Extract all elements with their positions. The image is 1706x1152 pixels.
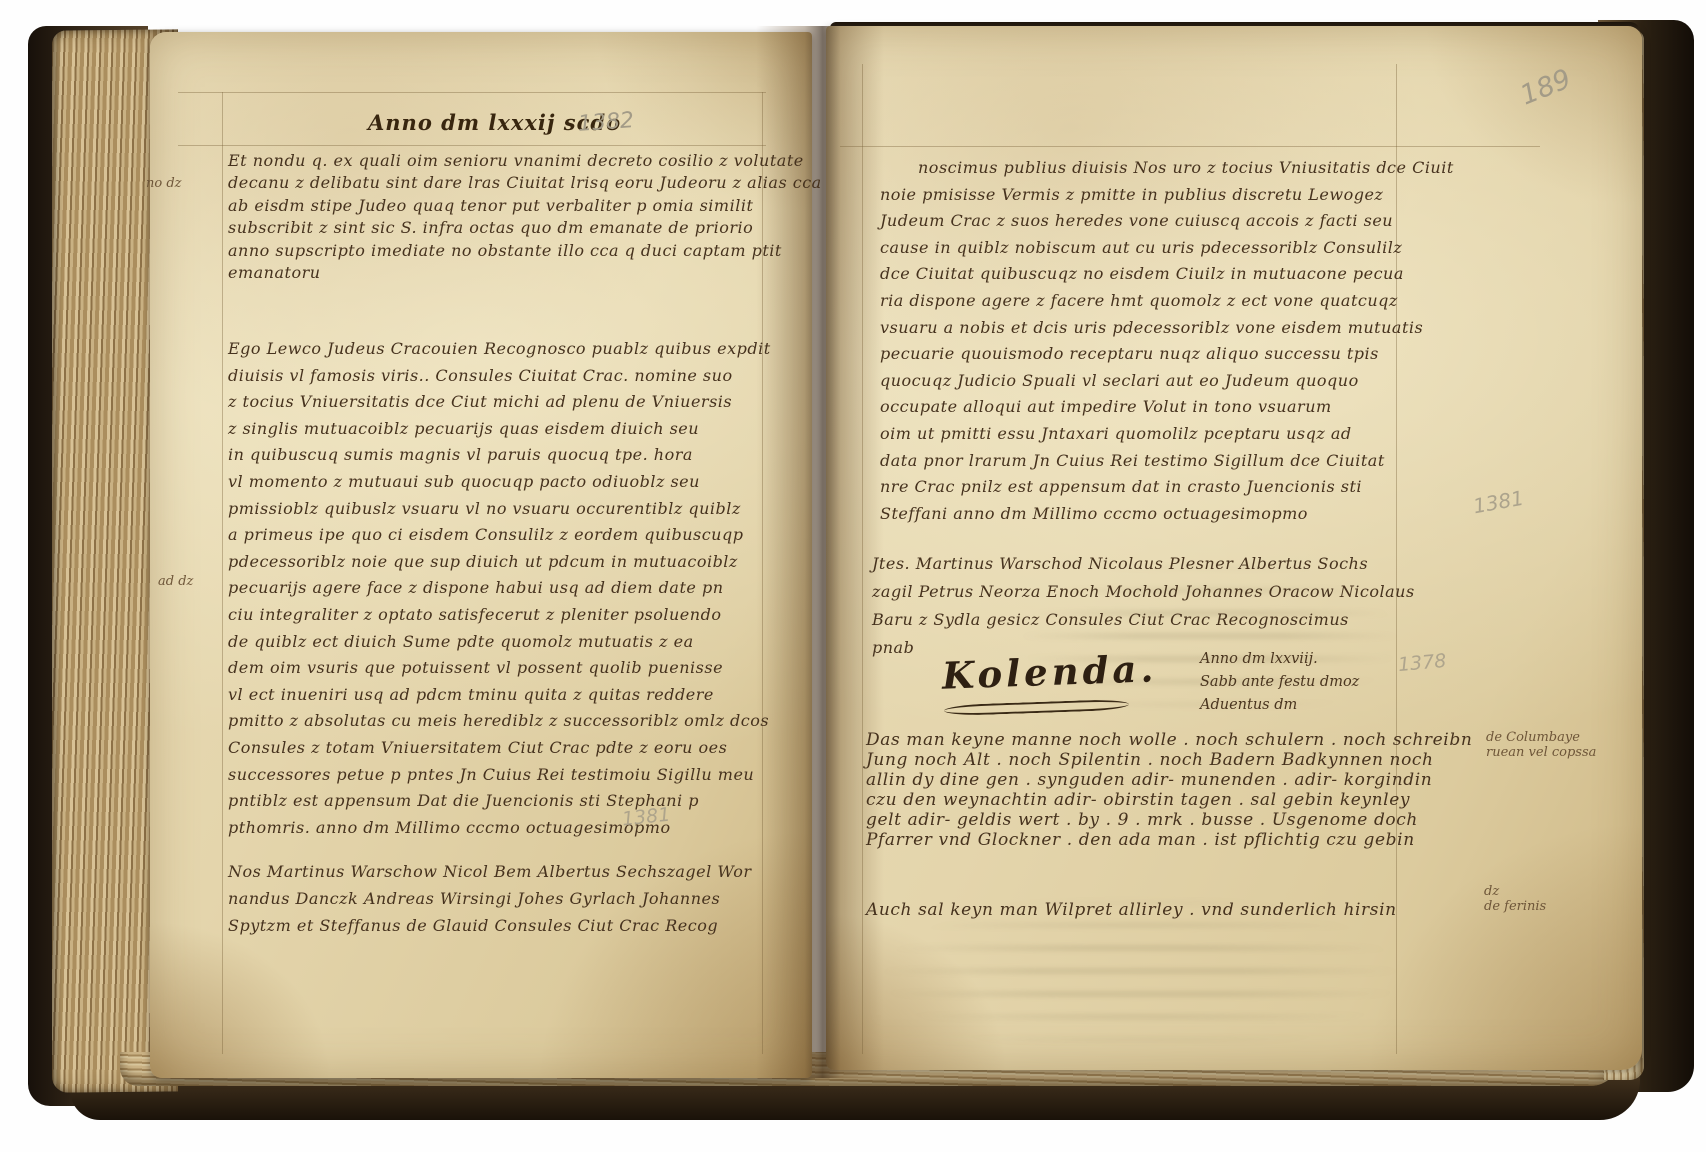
pencil-year-1378: 1378	[1397, 650, 1447, 676]
text-line: allin dy dine gen . synguden adir- munen…	[866, 770, 1390, 790]
text-line: Jung noch Alt . noch Spilentin . noch Ba…	[866, 750, 1390, 770]
ruling-line	[178, 92, 766, 93]
text-line: vl momento z mutuaui sub quocuqp pacto o…	[228, 469, 762, 496]
text-line: ruean vel copssa	[1486, 745, 1596, 760]
text-line: Nos Martinus Warschow Nicol Bem Albertus…	[228, 858, 762, 885]
text-line: Das man keyne manne noch wolle . noch sc…	[866, 730, 1390, 750]
text-line: successores petue p pntes Jn Cuius Rei t…	[228, 762, 762, 789]
text-line: subscribit z sint sic S. infra octas quo…	[228, 217, 762, 239]
text-line: occupate alloqui aut impedire Volut in t…	[880, 394, 1392, 421]
text-line: ciu integraliter z optato satisfecerut z…	[228, 602, 762, 629]
left-paragraph-1: Et nondu q. ex quali oim senioru vnanimi…	[228, 150, 762, 284]
right-margin-note-columbae: de Columbayeruean vel copssa	[1486, 730, 1596, 760]
text-line: Et nondu q. ex quali oim senioru vnanimi…	[228, 150, 762, 172]
right-margin-note-ferinis: dzde ferinis	[1484, 884, 1546, 914]
text-line: pmissioblz quibuslz vsuaru vl no vsuaru …	[228, 496, 762, 523]
left-margin-note-top: no dz	[146, 176, 182, 191]
text-line: noie pmisisse Vermis z pmitte in publius…	[880, 182, 1392, 209]
text-line: Jtes. Martinus Warschod Nicolaus Plesner…	[872, 550, 1384, 578]
text-line: vsuaru a nobis et dcis uris pdecessoribl…	[880, 315, 1392, 342]
text-line: Aduentus dm	[1200, 694, 1359, 717]
text-line: diuisis vl famosis viris.. Consules Ciui…	[228, 363, 762, 390]
text-line: Anno dm lxxviij.	[1200, 648, 1359, 671]
text-line: gelt adir- geldis wert . by . 9 . mrk . …	[866, 810, 1390, 830]
text-line: z tocius Vniuersitatis dce Ciut michi ad…	[228, 389, 762, 416]
manuscript-photo: Anno dm lxxxij scdo 1382 no dz ad dz Et …	[0, 0, 1706, 1152]
text-line: pntiblz est appensum Dat die Juencionis …	[228, 788, 762, 815]
text-line: zagil Petrus Neorza Enoch Mochold Johann…	[872, 578, 1384, 606]
text-line: emanatoru	[228, 262, 762, 284]
german-paragraph-1: Das man keyne manne noch wolle . noch sc…	[866, 730, 1390, 850]
text-line: noscimus publius diuisis Nos uro z tociu…	[880, 155, 1392, 182]
text-line: ria dispone agere z facere hmt quomolz z…	[880, 288, 1392, 315]
ruling-line	[222, 92, 223, 1054]
text-line: in quibuscuq sumis magnis vl paruis quoc…	[228, 442, 762, 469]
text-line: cause in quiblz nobiscum aut cu uris pde…	[880, 235, 1392, 262]
kolenda-date-block: Anno dm lxxviij.Sabb ante festu dmozAdue…	[1200, 648, 1359, 717]
right-paragraph-1: noscimus publius diuisis Nos uro z tociu…	[880, 155, 1392, 527]
text-line: pthomris. anno dm Millimo cccmo octuages…	[228, 815, 762, 842]
pencil-year-1382: 1382	[577, 108, 635, 137]
text-line: Steffani anno dm Millimo cccmo octuagesi…	[880, 501, 1392, 528]
text-line: vl ect inueniri usq ad pdcm tminu quita …	[228, 682, 762, 709]
ruling-line	[762, 92, 763, 1054]
text-line: de quiblz ect diuich Sume pdte quomolz m…	[228, 629, 762, 656]
text-line: Baru z Sydla gesicz Consules Ciut Crac R…	[872, 606, 1384, 634]
text-line: nandus Danczk Andreas Wirsingi Johes Gyr…	[228, 885, 762, 912]
text-line: oim ut pmitti essu Jntaxari quomolilz pc…	[880, 421, 1392, 448]
text-line: Auch sal keyn man Wilpret allirley . vnd…	[866, 900, 1390, 920]
text-line: Ego Lewco Judeus Cracouien Recognosco pu…	[228, 336, 762, 363]
kolenda-heading: Kolenda.	[941, 646, 1158, 697]
ruling-line	[840, 146, 1540, 147]
left-margin-note-mid: ad dz	[158, 574, 193, 589]
text-line: Judeum Crac z suos heredes vone cuiuscq …	[880, 208, 1392, 235]
text-line: de ferinis	[1484, 899, 1546, 914]
text-line: Spytzm et Steffanus de Glauid Consules C…	[228, 912, 762, 939]
text-line: decanu z delibatu sint dare lras Ciuitat…	[228, 172, 762, 194]
text-line: Consules z totam Vniuersitatem Ciut Crac…	[228, 735, 762, 762]
text-line: a primeus ipe quo ci eisdem Consulilz z …	[228, 522, 762, 549]
ruling-line	[178, 145, 766, 146]
german-paragraph-2: Auch sal keyn man Wilpret allirley . vnd…	[866, 900, 1390, 920]
text-line: dem oim vsuris que potuissent vl possent…	[228, 655, 762, 682]
text-line: de Columbaye	[1486, 730, 1596, 745]
text-line: data pnor lrarum Jn Cuius Rei testimo Si…	[880, 448, 1392, 475]
text-line: dce Ciuitat quibuscuqz no eisdem Ciuilz …	[880, 261, 1392, 288]
right-paragraph-2: Jtes. Martinus Warschod Nicolaus Plesner…	[872, 550, 1384, 662]
text-line: nre Crac pnilz est appensum dat in crast…	[880, 474, 1392, 501]
text-line: pmitto z absolutas cu meis herediblz z s…	[228, 708, 762, 735]
text-line: z singlis mutuacoiblz pecuarijs quas eis…	[228, 416, 762, 443]
text-line: pecuarijs agere face z dispone habui usq…	[228, 575, 762, 602]
text-line: czu den weynachtin adir- obirstin tagen …	[866, 790, 1390, 810]
text-line: pecuarie quouismodo receptaru nuqz aliqu…	[880, 341, 1392, 368]
text-line: Pfarrer vnd Glockner . den ada man . ist…	[866, 830, 1390, 850]
ruling-line	[862, 64, 863, 1054]
text-line: dz	[1484, 884, 1546, 899]
text-line: anno supscripto imediate no obstante ill…	[228, 240, 762, 262]
left-paragraph-3: Nos Martinus Warschow Nicol Bem Albertus…	[228, 858, 762, 939]
text-line: quocuqz Judicio Spuali vl seclari aut eo…	[880, 368, 1392, 395]
left-paragraph-2: Ego Lewco Judeus Cracouien Recognosco pu…	[228, 336, 762, 841]
text-line: pdecessoriblz noie que sup diuich ut pdc…	[228, 549, 762, 576]
text-line: Sabb ante festu dmoz	[1200, 671, 1359, 694]
text-line: ab eisdm stipe Judeo quaq tenor put verb…	[228, 195, 762, 217]
